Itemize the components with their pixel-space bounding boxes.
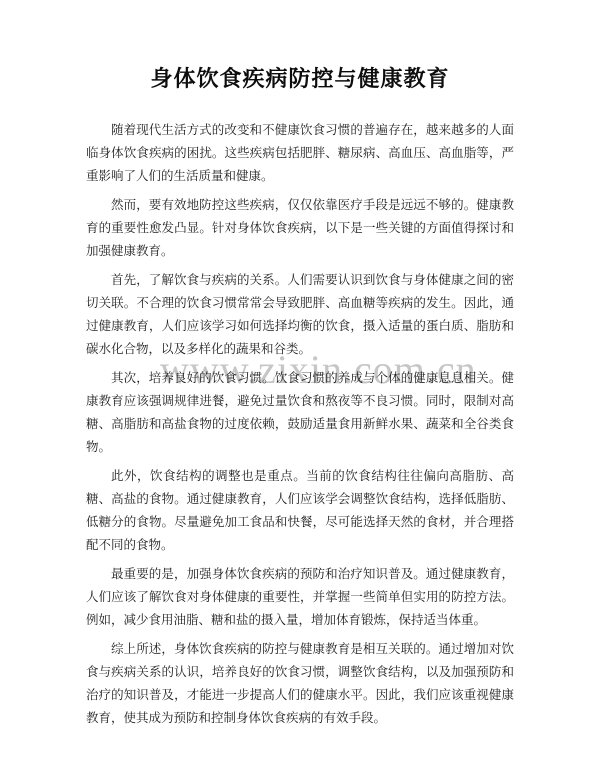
body-paragraph-7: 综上所述，身体饮食疾病的防控与健康教育是相互关联的。通过增加对饮食与疾病关系的认… — [86, 638, 514, 730]
document-body: 随着现代生活方式的改变和不健康饮食习惯的普遍存在，越来越多的人面临身体饮食疾病的… — [86, 119, 514, 730]
document-title: 身体饮食疾病防控与健康教育 — [0, 64, 600, 94]
document-page: www.zixin.com.cn 身体饮食疾病防控与健康教育 随着现代生活方式的… — [0, 0, 600, 776]
body-paragraph-2: 然而，要有效地防控这些疾病，仅仅依靠医疗手段是远远不够的。健康教育的重要性愈发凸… — [86, 194, 514, 263]
body-paragraph-3: 首先，了解饮食与疾病的关系。人们需要认识到饮食与身体健康之间的密切关联。不合理的… — [86, 269, 514, 361]
body-paragraph-4: 其次，培养良好的饮食习惯。饮食习惯的养成与个体的健康息息相关。健康教育应该强调规… — [86, 367, 514, 459]
body-paragraph-1: 随着现代生活方式的改变和不健康饮食习惯的普遍存在，越来越多的人面临身体饮食疾病的… — [86, 119, 514, 188]
body-paragraph-5: 此外，饮食结构的调整也是重点。当前的饮食结构往往偏向高脂肪、高糖、高盐的食物。通… — [86, 465, 514, 557]
body-paragraph-6: 最重要的是，加强身体饮食疾病的预防和治疗知识普及。通过健康教育，人们应该了解饮食… — [86, 563, 514, 632]
